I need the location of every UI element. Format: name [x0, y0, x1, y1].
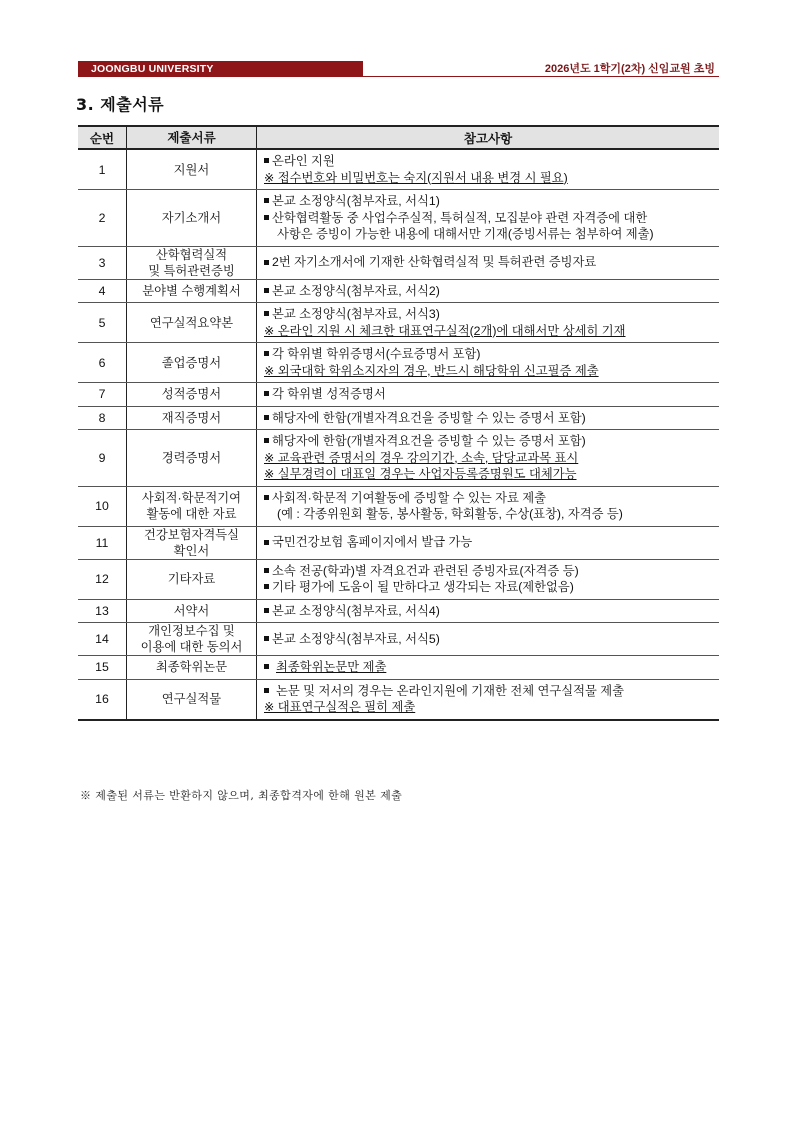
document-notes: 각 학위별 학위증명서(수료증명서 포함)※ 외국대학 학위소지자의 경우, 반…	[257, 343, 720, 383]
note-text: 본교 소정양식(첨부자료, 서식2)	[272, 284, 440, 298]
row-number: 2	[78, 190, 127, 247]
document-name-line: 최종학위논문	[127, 659, 256, 675]
document-name: 사회적·학문적기여활동에 대한 자료	[127, 486, 257, 526]
document-name-line: 이용에 대한 동의서	[127, 639, 256, 655]
document-notes: 최종학위논문만 제출	[257, 656, 720, 680]
note-text: ※ 실무경력이 대표일 경우는 사업자등록증명원도 대체가능	[264, 467, 576, 481]
document-name: 연구실적물	[127, 679, 257, 720]
document-notes: 소속 전공(학과)별 자격요건과 관련된 증빙자료(자격증 등)기타 평가에 도…	[257, 559, 720, 599]
note-line: ※ 외국대학 학위소지자의 경우, 반드시 해당학위 신고필증 제출	[264, 363, 719, 380]
square-bullet-icon	[264, 495, 269, 500]
note-text: 해당자에 한함(개별자격요건을 증빙할 수 있는 증명서 포함)	[272, 434, 586, 448]
document-name: 개인정보수집 및이용에 대한 동의서	[127, 623, 257, 656]
document-notes: 본교 소정양식(첨부자료, 서식4)	[257, 599, 720, 623]
document-name: 성적증명서	[127, 383, 257, 407]
table-row: 5연구실적요약본본교 소정양식(첨부자료, 서식3)※ 온라인 지원 시 체크한…	[78, 303, 719, 343]
square-bullet-icon	[264, 584, 269, 589]
bullet-line: 소속 전공(학과)별 자격요건과 관련된 증빙자료(자격증 등)	[264, 563, 719, 580]
document-name-line: 기타자료	[127, 571, 256, 587]
document-name-line: 연구실적물	[127, 691, 256, 707]
document-name-line: 분야별 수행계획서	[127, 283, 256, 299]
bullet-line: 본교 소정양식(첨부자료, 서식2)	[264, 283, 719, 300]
table-row: 1지원서온라인 지원※ 접수번호와 비밀번호는 숙지(지원서 내용 변경 시 필…	[78, 149, 719, 190]
section-title: 3. 제출서류	[76, 92, 164, 115]
document-notes: 각 학위별 성적증명서	[257, 383, 720, 407]
document-name-line: 성적증명서	[127, 386, 256, 402]
row-number: 16	[78, 679, 127, 720]
note-text: 사회적·학문적 기여활동에 증빙할 수 있는 자료 제출	[272, 491, 546, 505]
footnote: ※ 제출된 서류는 반환하지 않으며, 최종합격자에 한해 원본 제출	[80, 787, 402, 803]
note-text: 산학협력활동 중 사업수주실적, 특허실적, 모집분야 관련 자격증에 대한	[272, 211, 647, 225]
document-name: 서약서	[127, 599, 257, 623]
document-notes: 2번 자기소개서에 기재한 산학협력실적 및 특허관련 증빙자료	[257, 246, 720, 279]
bullet-line: 기타 평가에 도움이 될 만하다고 생각되는 자료(제한없음)	[264, 579, 719, 596]
note-line: ※ 대표연구실적은 필히 제출	[264, 699, 719, 716]
document-name-line: 산학협력실적	[127, 247, 256, 263]
bullet-line: 논문 및 저서의 경우는 온라인지원에 기재한 전체 연구실적물 제출	[264, 683, 719, 700]
bullet-line: 각 학위별 학위증명서(수료증명서 포함)	[264, 346, 719, 363]
document-name: 재직증명서	[127, 406, 257, 430]
document-name-line: 졸업증명서	[127, 355, 256, 371]
note-text: (예 : 각종위원회 활동, 봉사활동, 학회활동, 수상(표창), 자격증 등…	[277, 507, 623, 521]
note-line: ※ 교육관련 증명서의 경우 강의기간, 소속, 담당교과목 표시	[264, 450, 719, 467]
document-notes: 국민건강보험 홈페이지에서 발급 가능	[257, 526, 720, 559]
note-text: 기타 평가에 도움이 될 만하다고 생각되는 자료(제한없음)	[272, 580, 574, 594]
square-bullet-icon	[264, 391, 269, 396]
document-name-line: 경력증명서	[127, 450, 256, 466]
document-notes: 온라인 지원※ 접수번호와 비밀번호는 숙지(지원서 내용 변경 시 필요)	[257, 149, 720, 190]
table-row: 8재직증명서해당자에 한함(개별자격요건을 증빙할 수 있는 증명서 포함)	[78, 406, 719, 430]
document-name: 산학협력실적및 특허관련증빙	[127, 246, 257, 279]
page-header: JOONGBU UNIVERSITY 2026년도 1학기(2차) 신임교원 초…	[78, 61, 719, 77]
note-text: 논문 및 저서의 경우는 온라인지원에 기재한 전체 연구실적물 제출	[276, 684, 624, 698]
document-title: 2026년도 1학기(2차) 신임교원 초빙	[545, 61, 715, 77]
row-number: 9	[78, 430, 127, 487]
note-text: ※ 대표연구실적은 필히 제출	[264, 700, 415, 714]
square-bullet-icon	[264, 540, 269, 545]
bullet-line: 2번 자기소개서에 기재한 산학협력실적 및 특허관련 증빙자료	[264, 254, 719, 271]
document-name: 지원서	[127, 149, 257, 190]
bullet-line: 산학협력활동 중 사업수주실적, 특허실적, 모집분야 관련 자격증에 대한	[264, 210, 719, 227]
note-text: 해당자에 한함(개별자격요건을 증빙할 수 있는 증명서 포함)	[272, 411, 586, 425]
square-bullet-icon	[264, 664, 269, 669]
document-name-line: 서약서	[127, 603, 256, 619]
document-name: 분야별 수행계획서	[127, 279, 257, 303]
note-text: 사항은 증빙이 가능한 내용에 대해서만 기재(증빙서류는 첨부하여 제출)	[277, 227, 654, 241]
document-name-line: 확인서	[127, 543, 256, 559]
document-name-line: 및 특허관련증빙	[127, 263, 256, 279]
document-name-line: 재직증명서	[127, 410, 256, 426]
note-text: ※ 온라인 지원 시 체크한 대표연구실적(2개)에 대해서만 상세히 기재	[264, 324, 626, 338]
note-text: 본교 소정양식(첨부자료, 서식5)	[272, 632, 440, 646]
bullet-line: 온라인 지원	[264, 153, 719, 170]
required-documents-table: 순번 제출서류 참고사항 1지원서온라인 지원※ 접수번호와 비밀번호는 숙지(…	[78, 125, 719, 721]
document-name-line: 건강보험자격득실	[127, 527, 256, 543]
document-notes: 본교 소정양식(첨부자료, 서식1)산학협력활동 중 사업수주실적, 특허실적,…	[257, 190, 720, 247]
square-bullet-icon	[264, 158, 269, 163]
column-header-notes: 참고사항	[257, 126, 720, 149]
row-number: 5	[78, 303, 127, 343]
row-number: 15	[78, 656, 127, 680]
square-bullet-icon	[264, 688, 269, 693]
note-text: ※ 접수번호와 비밀번호는 숙지(지원서 내용 변경 시 필요)	[264, 171, 568, 185]
bullet-line: 국민건강보험 홈페이지에서 발급 가능	[264, 534, 719, 551]
table-header-row: 순번 제출서류 참고사항	[78, 126, 719, 149]
square-bullet-icon	[264, 288, 269, 293]
document-name: 졸업증명서	[127, 343, 257, 383]
bullet-line: 최종학위논문만 제출	[264, 659, 719, 676]
row-number: 4	[78, 279, 127, 303]
bullet-line: (예 : 각종위원회 활동, 봉사활동, 학회활동, 수상(표창), 자격증 등…	[264, 506, 719, 523]
document-notes: 해당자에 한함(개별자격요건을 증빙할 수 있는 증명서 포함)	[257, 406, 720, 430]
document-name-line: 활동에 대한 자료	[127, 506, 256, 522]
table-row: 10사회적·학문적기여활동에 대한 자료사회적·학문적 기여활동에 증빙할 수 …	[78, 486, 719, 526]
document-name: 기타자료	[127, 559, 257, 599]
bullet-line: 본교 소정양식(첨부자료, 서식1)	[264, 193, 719, 210]
bullet-line: 해당자에 한함(개별자격요건을 증빙할 수 있는 증명서 포함)	[264, 433, 719, 450]
square-bullet-icon	[264, 608, 269, 613]
note-text: 국민건강보험 홈페이지에서 발급 가능	[272, 535, 472, 549]
table-row: 3산학협력실적및 특허관련증빙2번 자기소개서에 기재한 산학협력실적 및 특허…	[78, 246, 719, 279]
note-text: 본교 소정양식(첨부자료, 서식4)	[272, 604, 440, 618]
note-text: 소속 전공(학과)별 자격요건과 관련된 증빙자료(자격증 등)	[272, 564, 579, 578]
column-header-document: 제출서류	[127, 126, 257, 149]
table-row: 11건강보험자격득실확인서국민건강보험 홈페이지에서 발급 가능	[78, 526, 719, 559]
row-number: 3	[78, 246, 127, 279]
note-text: 본교 소정양식(첨부자료, 서식1)	[272, 194, 440, 208]
document-name-line: 자기소개서	[127, 210, 256, 226]
note-text: ※ 교육관련 증명서의 경우 강의기간, 소속, 담당교과목 표시	[264, 451, 578, 465]
row-number: 11	[78, 526, 127, 559]
bullet-line: 해당자에 한함(개별자격요건을 증빙할 수 있는 증명서 포함)	[264, 410, 719, 427]
document-notes: 본교 소정양식(첨부자료, 서식5)	[257, 623, 720, 656]
bullet-line: 사회적·학문적 기여활동에 증빙할 수 있는 자료 제출	[264, 490, 719, 507]
bullet-line: 본교 소정양식(첨부자료, 서식5)	[264, 631, 719, 648]
document-notes: 본교 소정양식(첨부자료, 서식2)	[257, 279, 720, 303]
row-number: 10	[78, 486, 127, 526]
document-name-line: 연구실적요약본	[127, 315, 256, 331]
row-number: 12	[78, 559, 127, 599]
square-bullet-icon	[264, 260, 269, 265]
document-notes: 논문 및 저서의 경우는 온라인지원에 기재한 전체 연구실적물 제출※ 대표연…	[257, 679, 720, 720]
bullet-line: 사항은 증빙이 가능한 내용에 대해서만 기재(증빙서류는 첨부하여 제출)	[264, 226, 719, 243]
note-text: 2번 자기소개서에 기재한 산학협력실적 및 특허관련 증빙자료	[272, 255, 596, 269]
document-name: 건강보험자격득실확인서	[127, 526, 257, 559]
bullet-line: 본교 소정양식(첨부자료, 서식4)	[264, 603, 719, 620]
table-row: 15최종학위논문최종학위논문만 제출	[78, 656, 719, 680]
square-bullet-icon	[264, 351, 269, 356]
square-bullet-icon	[264, 568, 269, 573]
column-header-number: 순번	[78, 126, 127, 149]
note-line: ※ 실무경력이 대표일 경우는 사업자등록증명원도 대체가능	[264, 466, 719, 483]
bullet-line: 각 학위별 성적증명서	[264, 386, 719, 403]
row-number: 6	[78, 343, 127, 383]
document-name-line: 사회적·학문적기여	[127, 490, 256, 506]
note-text: ※ 외국대학 학위소지자의 경우, 반드시 해당학위 신고필증 제출	[264, 364, 599, 378]
note-text: 각 학위별 학위증명서(수료증명서 포함)	[272, 347, 481, 361]
square-bullet-icon	[264, 198, 269, 203]
square-bullet-icon	[264, 215, 269, 220]
row-number: 8	[78, 406, 127, 430]
document-name-line: 지원서	[127, 162, 256, 178]
table-body: 1지원서온라인 지원※ 접수번호와 비밀번호는 숙지(지원서 내용 변경 시 필…	[78, 149, 719, 720]
university-name: JOONGBU UNIVERSITY	[78, 61, 363, 77]
document-name: 경력증명서	[127, 430, 257, 487]
note-line: ※ 접수번호와 비밀번호는 숙지(지원서 내용 변경 시 필요)	[264, 170, 719, 187]
note-text: 각 학위별 성적증명서	[272, 387, 386, 401]
document-notes: 본교 소정양식(첨부자료, 서식3)※ 온라인 지원 시 체크한 대표연구실적(…	[257, 303, 720, 343]
row-number: 13	[78, 599, 127, 623]
square-bullet-icon	[264, 415, 269, 420]
document-name: 자기소개서	[127, 190, 257, 247]
bullet-line: 본교 소정양식(첨부자료, 서식3)	[264, 306, 719, 323]
document-name-line: 개인정보수집 및	[127, 623, 256, 639]
document-name: 연구실적요약본	[127, 303, 257, 343]
table-row: 16연구실적물논문 및 저서의 경우는 온라인지원에 기재한 전체 연구실적물 …	[78, 679, 719, 720]
table-row: 6졸업증명서각 학위별 학위증명서(수료증명서 포함)※ 외국대학 학위소지자의…	[78, 343, 719, 383]
table-row: 12기타자료소속 전공(학과)별 자격요건과 관련된 증빙자료(자격증 등)기타…	[78, 559, 719, 599]
document-notes: 해당자에 한함(개별자격요건을 증빙할 수 있는 증명서 포함)※ 교육관련 증…	[257, 430, 720, 487]
note-text: 본교 소정양식(첨부자료, 서식3)	[272, 307, 440, 321]
table-row: 7성적증명서각 학위별 성적증명서	[78, 383, 719, 407]
row-number: 1	[78, 149, 127, 190]
row-number: 7	[78, 383, 127, 407]
note-text: 온라인 지원	[272, 154, 335, 168]
note-line: ※ 온라인 지원 시 체크한 대표연구실적(2개)에 대해서만 상세히 기재	[264, 323, 719, 340]
table-row: 13서약서본교 소정양식(첨부자료, 서식4)	[78, 599, 719, 623]
square-bullet-icon	[264, 311, 269, 316]
square-bullet-icon	[264, 438, 269, 443]
square-bullet-icon	[264, 636, 269, 641]
document-notes: 사회적·학문적 기여활동에 증빙할 수 있는 자료 제출(예 : 각종위원회 활…	[257, 486, 720, 526]
table-row: 14개인정보수집 및이용에 대한 동의서본교 소정양식(첨부자료, 서식5)	[78, 623, 719, 656]
document-name: 최종학위논문	[127, 656, 257, 680]
row-number: 14	[78, 623, 127, 656]
note-text: 최종학위논문만 제출	[276, 660, 386, 674]
table-row: 9경력증명서해당자에 한함(개별자격요건을 증빙할 수 있는 증명서 포함)※ …	[78, 430, 719, 487]
table-row: 4분야별 수행계획서본교 소정양식(첨부자료, 서식2)	[78, 279, 719, 303]
table-row: 2자기소개서본교 소정양식(첨부자료, 서식1)산학협력활동 중 사업수주실적,…	[78, 190, 719, 247]
